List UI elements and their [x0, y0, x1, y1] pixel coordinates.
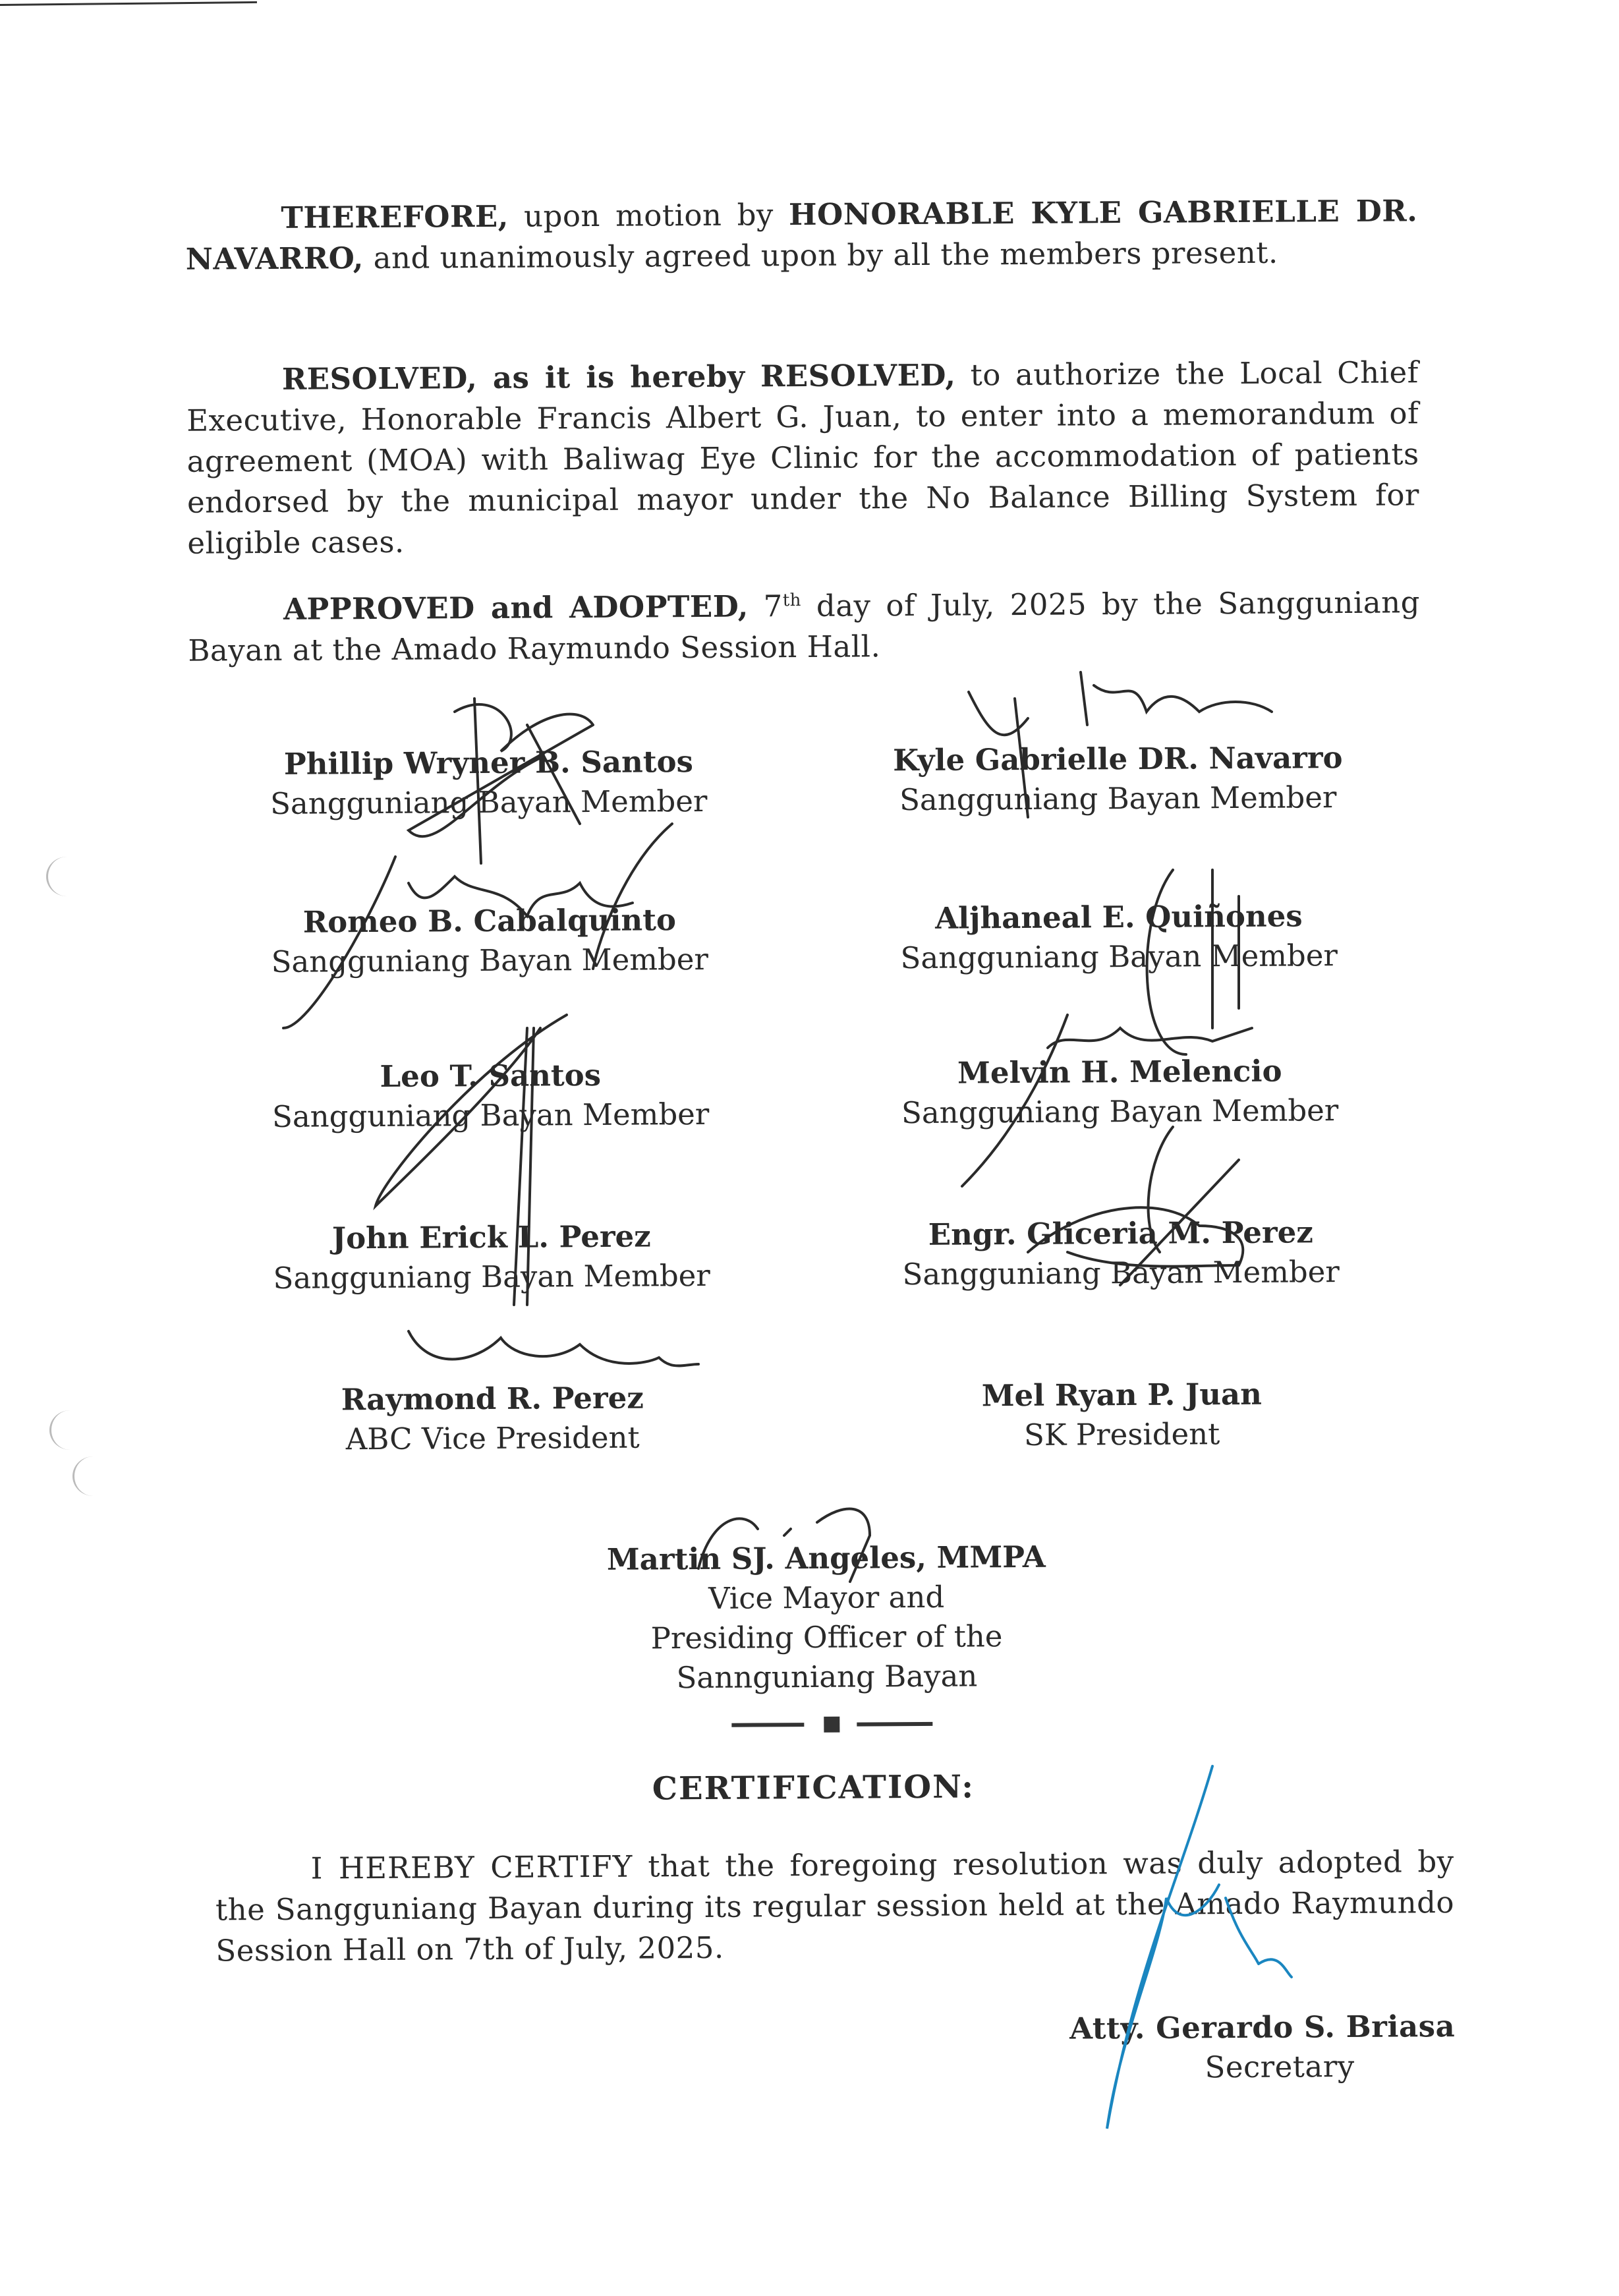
certification-paragraph: I HEREBY CERTIFY that the foregoing reso…	[215, 1841, 1454, 1971]
signatory-block: Aljhaneal E. Quiñones Sangguniang Bayan …	[882, 896, 1357, 978]
signatory-name: Leo T. Santos	[253, 1055, 727, 1097]
signatory-name: Raymond R. Perez	[255, 1378, 729, 1420]
resolved-paragraph: RESOLVED, as it is hereby RESOLVED, to a…	[186, 352, 1420, 563]
signatory-name: Engr. Gliceria M. Perez	[884, 1213, 1358, 1255]
therefore-paragraph: THEREFORE, upon motion by HONORABLE KYLE…	[185, 190, 1418, 279]
signatory-title: Sangguniang Bayan Member	[882, 936, 1356, 978]
signatory-name: Aljhaneal E. Quiñones	[882, 896, 1356, 938]
signatory-name: Kyle Gabrielle DR. Navarro	[880, 738, 1355, 780]
signatory-name: Phillip Wryner B. Santos	[251, 742, 725, 784]
certification-heading: CERTIFICATION:	[4, 1764, 1619, 1811]
signatory-block: Romeo B. Cabalquinto Sangguniang Bayan M…	[252, 900, 727, 982]
signatory-name: John Erick L. Perez	[254, 1217, 729, 1259]
signatory-title: Sangguniang Bayan Member	[881, 778, 1355, 820]
secretary-title: Secretary	[1205, 2046, 1402, 2088]
signatory-title: Sangguniang Bayan Member	[884, 1252, 1358, 1294]
signatory-title: SK President	[884, 1414, 1359, 1456]
secretary-name-text: Atty. Gerardo S. Briasa	[1069, 2009, 1455, 2046]
signatory-block: Raymond R. Perez ABC Vice President	[255, 1378, 730, 1460]
therefore-text-2: and unanimously agreed upon by all the m…	[364, 235, 1278, 275]
signatory-block: John Erick L. Perez Sangguniang Bayan Me…	[254, 1217, 729, 1298]
signatory-block: Mel Ryan P. Juan SK President	[884, 1374, 1359, 1456]
section-divider	[731, 1715, 936, 1736]
signatory-name: Melvin H. Melencio	[882, 1051, 1357, 1093]
presiding-officer-block: Martin SJ. Angeles, MMPA Vice Mayor and …	[563, 1537, 1091, 1698]
presiding-officer-title: Vice Mayor and	[563, 1576, 1090, 1619]
approved-paragraph: APPROVED and ADOPTED, 7th day of July, 2…	[188, 576, 1421, 671]
approved-day: 7	[749, 588, 783, 623]
signatory-title: Sangguniang Bayan Member	[254, 1256, 729, 1298]
approved-lead: APPROVED and ADOPTED,	[283, 589, 749, 627]
signatory-title: ABC Vice President	[256, 1418, 730, 1460]
signatory-name: Mel Ryan P. Juan	[884, 1374, 1359, 1416]
signatory-block: Melvin H. Melencio Sangguniang Bayan Mem…	[882, 1051, 1357, 1133]
signatory-block: Kyle Gabrielle DR. Navarro Sangguniang B…	[880, 738, 1355, 820]
signatory-title: Sangguniang Bayan Member	[252, 940, 727, 982]
therefore-lead: THEREFORE,	[281, 199, 509, 235]
certify-lead: I HEREBY CERTIFY	[311, 1849, 633, 1886]
secretary-name: Atty. Gerardo S. Briasa	[1013, 2006, 1455, 2050]
therefore-text: upon motion by	[509, 197, 789, 234]
approved-day-suffix: th	[783, 590, 801, 610]
signatory-block: Leo T. Santos Sangguniang Bayan Member	[253, 1055, 728, 1137]
signatory-name: Romeo B. Cabalquinto	[252, 900, 727, 942]
presiding-officer-title-2: Presiding Officer of the Sannguniang Bay…	[563, 1616, 1091, 1698]
signatory-title: Sangguniang Bayan Member	[254, 1095, 728, 1137]
signatory-title: Sangguniang Bayan Member	[252, 782, 726, 824]
signatory-block: Phillip Wryner B. Santos Sangguniang Bay…	[251, 742, 726, 824]
signatory-block: Engr. Gliceria M. Perez Sangguniang Baya…	[884, 1213, 1359, 1294]
signatory-title: Sangguniang Bayan Member	[882, 1091, 1357, 1133]
resolved-lead: RESOLVED, as it is hereby RESOLVED,	[282, 358, 956, 397]
presiding-officer-name: Martin SJ. Angeles, MMPA	[563, 1537, 1090, 1580]
document-page: THEREFORE, upon motion by HONORABLE KYLE…	[0, 0, 1619, 2296]
